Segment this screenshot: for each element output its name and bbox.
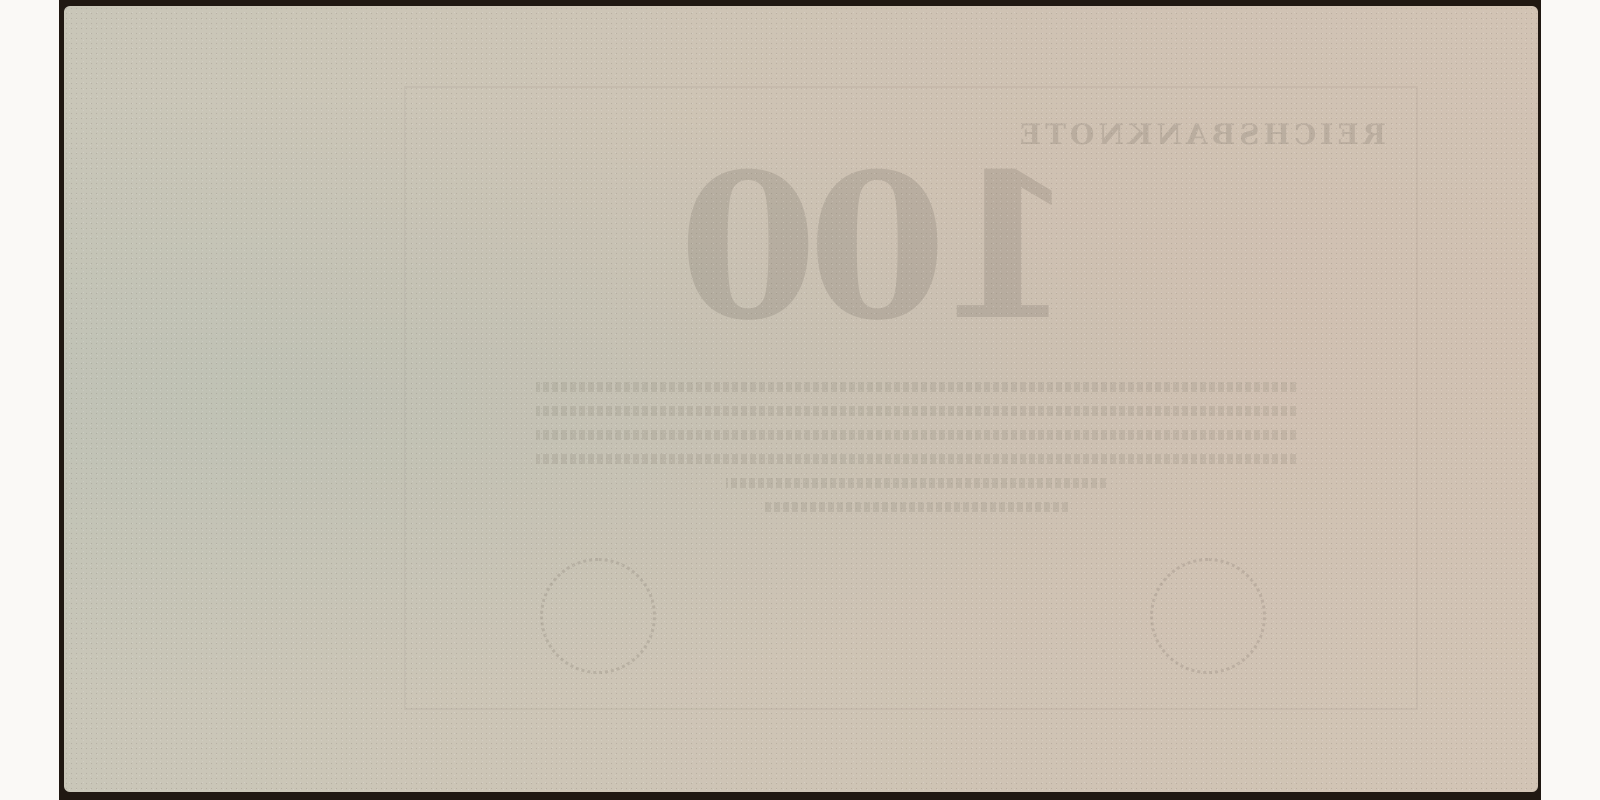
paper-texture [64, 6, 1538, 792]
banknote-reverse: REICHSBANKNOTE 100 [64, 6, 1538, 792]
